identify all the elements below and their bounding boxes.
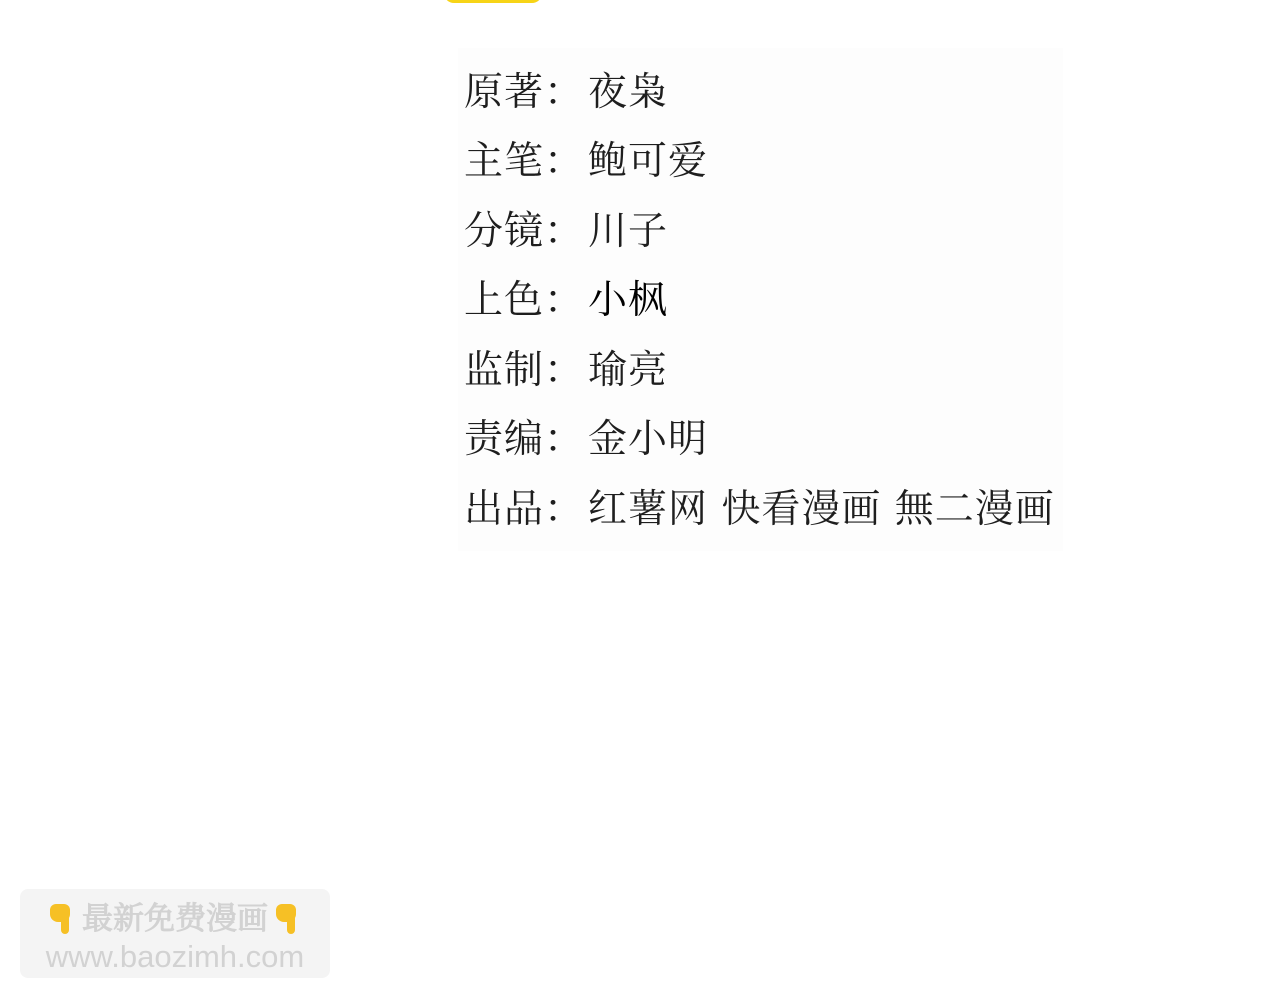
- credit-name: 鲍可爱: [588, 130, 708, 186]
- credit-name: 金小明: [588, 408, 708, 464]
- watermark-url: www.baozimh.com: [20, 939, 330, 975]
- credit-role: 出品：: [464, 478, 588, 534]
- credits-block: 原著： 夜枭 主笔： 鲍可爱 分镜： 川子 上色： 小枫 监制： 瑜亮 责编： …: [458, 48, 1063, 551]
- yellow-top-bar: [444, 0, 542, 3]
- credit-role: 责编：: [464, 408, 588, 464]
- credit-row-colorist: 上色： 小枫: [464, 263, 1055, 333]
- credit-row-storyboard: 分镜： 川子: [464, 193, 1055, 263]
- credit-name: 小枫: [588, 269, 668, 325]
- credit-role: 监制：: [464, 339, 588, 395]
- credit-name: 红薯网 快看漫画 無二漫画: [588, 478, 1055, 534]
- watermark-headline: 最新免费漫画: [20, 899, 330, 939]
- watermark-text: 最新免费漫画: [82, 899, 268, 939]
- credit-name: 川子: [588, 200, 668, 256]
- credit-row-editor: 责编： 金小明: [464, 402, 1055, 472]
- pointing-down-hand-icon: [46, 902, 78, 936]
- watermark-link[interactable]: 最新免费漫画 www.baozimh.com: [20, 889, 330, 978]
- credit-row-artist: 主笔： 鲍可爱: [464, 124, 1055, 194]
- credit-name: 夜枭: [588, 61, 668, 117]
- credit-role: 原著：: [464, 61, 588, 117]
- credit-row-supervisor: 监制： 瑜亮: [464, 332, 1055, 402]
- credit-role: 上色：: [464, 269, 588, 325]
- credit-row-publisher: 出品： 红薯网 快看漫画 無二漫画: [464, 471, 1055, 541]
- credit-role: 主笔：: [464, 130, 588, 186]
- pointing-down-hand-icon: [272, 902, 304, 936]
- credit-name: 瑜亮: [588, 339, 668, 395]
- credit-role: 分镜：: [464, 200, 588, 256]
- credit-row-author: 原著： 夜枭: [464, 54, 1055, 124]
